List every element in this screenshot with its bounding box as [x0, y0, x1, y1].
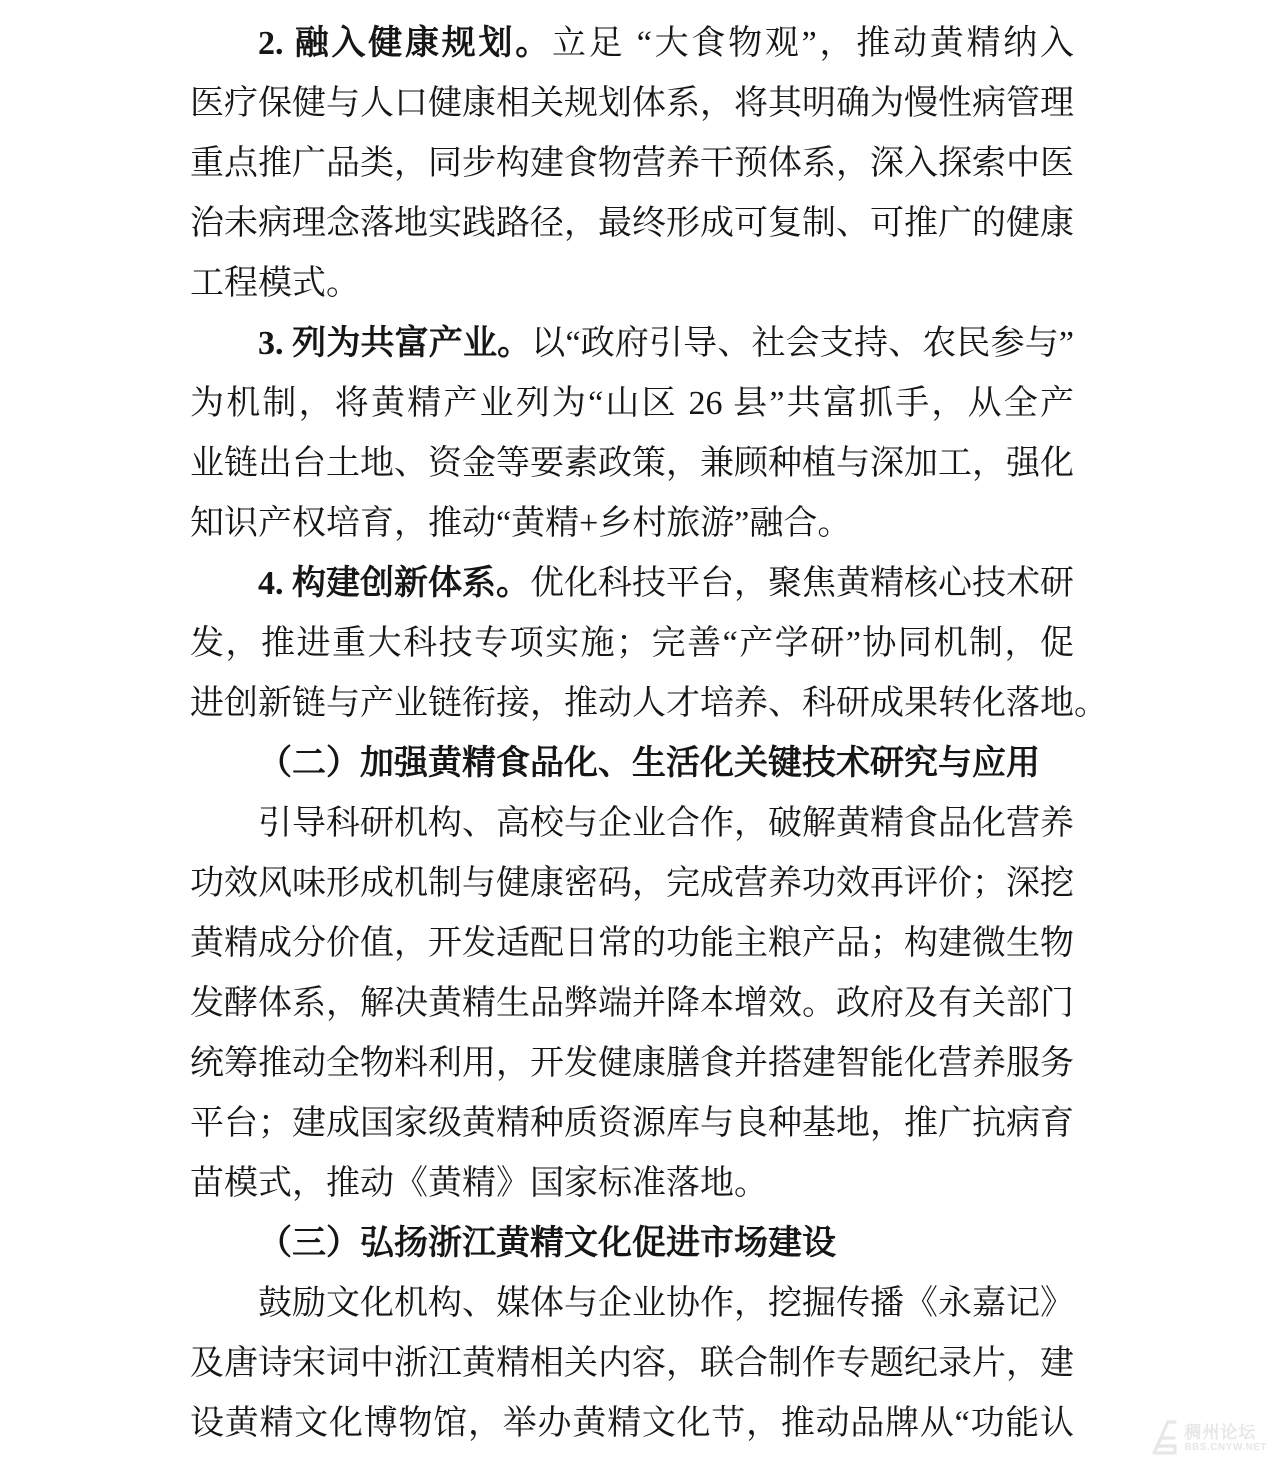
text-line: 业链出台土地、资金等要素政策，兼顾种植与深加工，强化	[190, 434, 1074, 494]
body-text: 治未病理念落地实践路径，最终形成可复制、可推广的健康	[190, 205, 1074, 242]
body-text: 重点推广品类，同步构建食物营养干预体系，深入探索中医	[190, 145, 1074, 182]
text-line: 功效风味形成机制与健康密码，完成营养功效再评价；深挖	[190, 854, 1074, 914]
watermark-text: 稠州论坛 BBS.CNYW.NET	[1184, 1424, 1267, 1455]
body-text: 设黄精文化博物馆，举办黄精文化节，推动品牌从“功能认	[190, 1405, 1074, 1442]
text-line: 发，推进重大科技专项实施；完善“产学研”协同机制，促	[190, 614, 1074, 674]
text-line: 重点推广品类，同步构建食物营养干预体系，深入探索中医	[190, 134, 1074, 194]
text-line: 黄精成分价值，开发适配日常的功能主粮产品；构建微生物	[190, 914, 1074, 974]
body-text: 发酵体系，解决黄精生品弊端并降本增效。政府及有关部门	[190, 985, 1074, 1022]
text-line: 4. 构建创新体系。优化科技平台，聚焦黄精核心技术研	[190, 554, 1074, 614]
body-text: （三）弘扬浙江黄精文化促进市场建设	[258, 1225, 836, 1262]
body-text: 业链出台土地、资金等要素政策，兼顾种植与深加工，强化	[190, 445, 1074, 482]
watermark-site-url: BBS.CNYW.NET	[1184, 1443, 1267, 1453]
body-text: 黄精成分价值，开发适配日常的功能主粮产品；构建微生物	[190, 925, 1074, 962]
body-text: 以“政府引导、社会支持、农民参与”	[531, 325, 1074, 362]
text-line: 工程模式。	[190, 254, 1074, 314]
text-line: 平台；建成国家级黄精种质资源库与良种基地，推广抗病育	[190, 1094, 1074, 1154]
body-text: 引导科研机构、高校与企业合作，破解黄精食品化营养	[258, 805, 1074, 842]
body-text: 统筹推动全物料利用，开发健康膳食并搭建智能化营养服务	[190, 1045, 1074, 1082]
body-text: 功效风味形成机制与健康密码，完成营养功效再评价；深挖	[190, 865, 1074, 902]
text-line: 引导科研机构、高校与企业合作，破解黄精食品化营养	[190, 794, 1074, 854]
body-text: 知识产权培育，推动“黄精+乡村旅游”融合。	[190, 505, 851, 542]
document-page: 2. 融入健康规划。立足 “大食物观”，推动黄精纳入医疗保健与人口健康相关规划体…	[0, 0, 1272, 1458]
watermark-logo-icon	[1151, 1419, 1181, 1455]
text-line: 治未病理念落地实践路径，最终形成可复制、可推广的健康	[190, 194, 1074, 254]
text-line: 设黄精文化博物馆，举办黄精文化节，推动品牌从“功能认	[190, 1394, 1074, 1454]
text-line: 统筹推动全物料利用，开发健康膳食并搭建智能化营养服务	[190, 1034, 1074, 1094]
text-line: 为机制，将黄精产业列为“山区 26 县”共富抓手，从全产	[190, 374, 1074, 434]
watermark: 稠州论坛 BBS.CNYW.NET	[1151, 1419, 1267, 1455]
text-line: 进创新链与产业链衔接，推动人才培养、科研成果转化落地。	[190, 674, 1074, 734]
body-text: 工程模式。	[190, 265, 360, 302]
body-text: 及唐诗宋词中浙江黄精相关内容，联合制作专题纪录片，建	[190, 1345, 1074, 1382]
body-text: 优化科技平台，聚焦黄精核心技术研	[530, 565, 1074, 602]
body-text: 平台；建成国家级黄精种质资源库与良种基地，推广抗病育	[190, 1105, 1074, 1142]
body-text: 为机制，将黄精产业列为“山区 26 县”共富抓手，从全产	[190, 385, 1074, 422]
text-line: 发酵体系，解决黄精生品弊端并降本增效。政府及有关部门	[190, 974, 1074, 1034]
text-line: 及唐诗宋词中浙江黄精相关内容，联合制作专题纪录片，建	[190, 1334, 1074, 1394]
text-line: 知识产权培育，推动“黄精+乡村旅游”融合。	[190, 494, 1074, 554]
body-text: 发，推进重大科技专项实施；完善“产学研”协同机制，促	[190, 625, 1074, 662]
section-heading: （三）弘扬浙江黄精文化促进市场建设	[190, 1214, 1074, 1274]
body-text: 立足 “大食物观”，推动黄精纳入	[552, 25, 1074, 62]
body-text: 医疗保健与人口健康相关规划体系，将其明确为慢性病管理	[190, 85, 1074, 122]
body-text: 苗模式，推动《黄精》国家标准落地。	[190, 1165, 768, 1202]
body-text: 进创新链与产业链衔接，推动人才培养、科研成果转化落地。	[190, 685, 1108, 722]
text-line: 鼓励文化机构、媒体与企业协作，挖掘传播《永嘉记》	[190, 1274, 1074, 1334]
text-line: 2. 融入健康规划。立足 “大食物观”，推动黄精纳入	[190, 14, 1074, 74]
body-text: （二）加强黄精食品化、生活化关键技术研究与应用	[258, 745, 1040, 782]
text-line: 3. 列为共富产业。以“政府引导、社会支持、农民参与”	[190, 314, 1074, 374]
item-heading-text: 2. 融入健康规划。	[258, 25, 552, 62]
document-body: 2. 融入健康规划。立足 “大食物观”，推动黄精纳入医疗保健与人口健康相关规划体…	[190, 14, 1074, 1454]
text-line: 苗模式，推动《黄精》国家标准落地。	[190, 1154, 1074, 1214]
watermark-site-name: 稠州论坛	[1184, 1424, 1256, 1441]
section-heading: （二）加强黄精食品化、生活化关键技术研究与应用	[190, 734, 1074, 794]
item-heading-text: 4. 构建创新体系。	[258, 565, 530, 602]
item-heading-text: 3. 列为共富产业。	[258, 325, 531, 362]
body-text: 鼓励文化机构、媒体与企业协作，挖掘传播《永嘉记》	[258, 1285, 1074, 1322]
text-line: 医疗保健与人口健康相关规划体系，将其明确为慢性病管理	[190, 74, 1074, 134]
